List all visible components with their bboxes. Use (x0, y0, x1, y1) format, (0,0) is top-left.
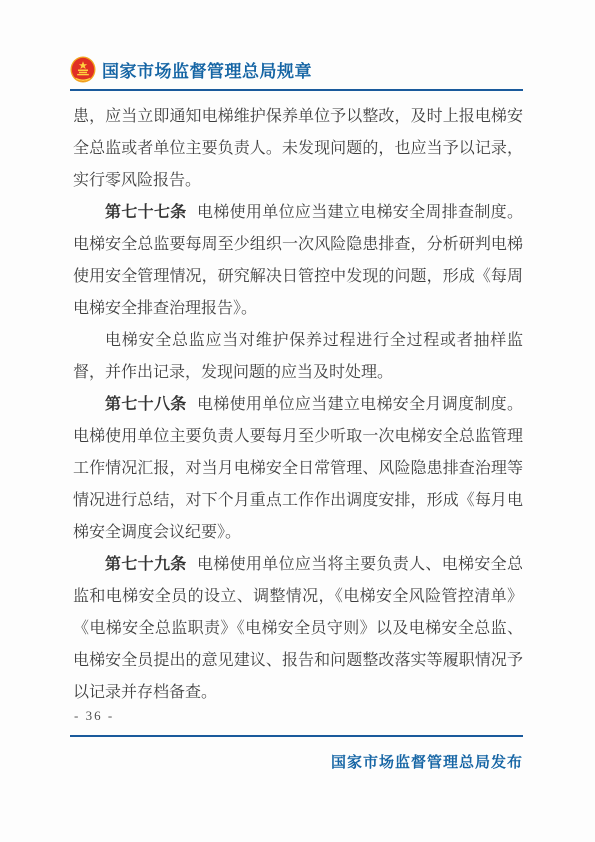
document-page: 国家市场监督管理总局规章 患，应当立即通知电梯维护保养单位予以整改，及时上报电梯… (0, 0, 595, 842)
paragraph: 第七十七条电梯使用单位应当建立电梯安全周排查制度。电梯安全总监要每周至少组织一次… (73, 197, 523, 325)
paragraph: 第七十八条电梯使用单位应当建立电梯安全月调度制度。电梯使用单位主要负责人要每月至… (73, 389, 523, 549)
article-number: 第七十九条 (105, 556, 187, 573)
page-number: - 36 - (74, 708, 114, 724)
page-header: 国家市场监督管理总局规章 (70, 56, 523, 91)
paragraph: 电梯安全总监应当对维护保养过程进行全过程或者抽样监督，并作出记录，发现问题的应当… (73, 325, 523, 389)
national-emblem-icon (70, 56, 96, 83)
footer-divider (70, 735, 523, 737)
paragraph: 患，应当立即通知电梯维护保养单位予以整改，及时上报电梯安全总监或者单位主要负责人… (73, 101, 523, 197)
footer-publisher: 国家市场监督管理总局发布 (331, 751, 523, 772)
article-number: 第七十七条 (105, 204, 187, 221)
page-header-title: 国家市场监督管理总局规章 (102, 57, 312, 82)
article-number: 第七十八条 (105, 396, 187, 413)
paragraph: 第七十九条电梯使用单位应当将主要负责人、电梯安全总监和电梯安全员的设立、调整情况… (73, 549, 523, 709)
document-body: 患，应当立即通知电梯维护保养单位予以整改，及时上报电梯安全总监或者单位主要负责人… (73, 101, 523, 709)
